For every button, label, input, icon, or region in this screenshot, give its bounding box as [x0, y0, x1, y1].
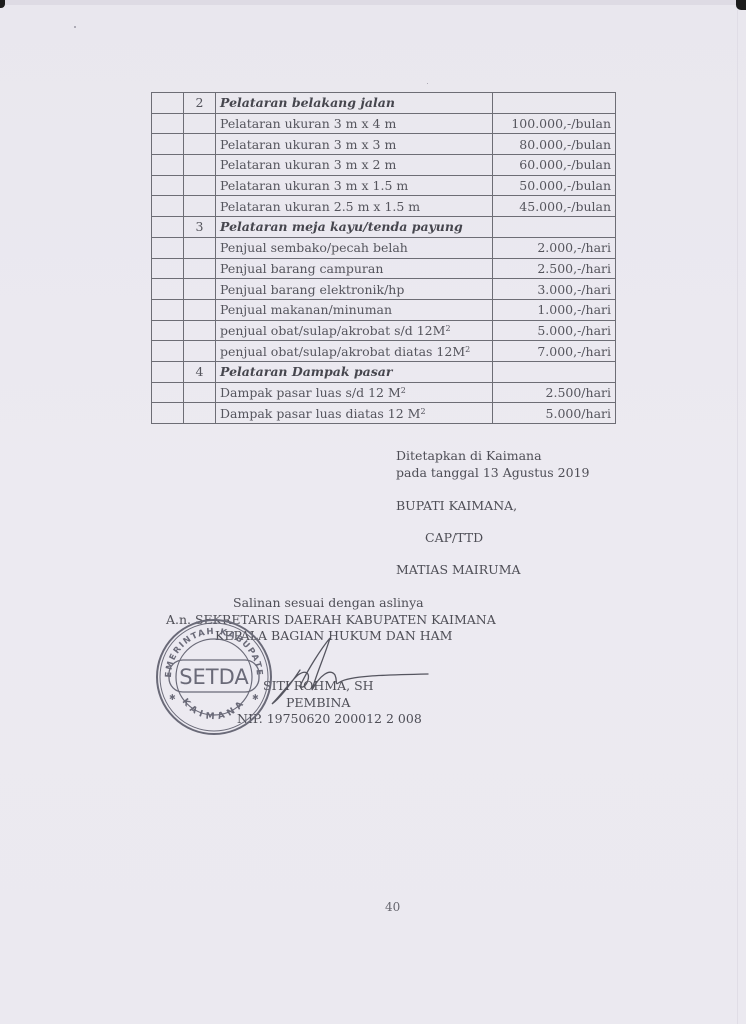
label-text: Penjual makanan/minuman: [220, 302, 392, 317]
label-text: Pelataran Dampak pasar: [220, 364, 392, 379]
label-text: penjual obat/sulap/akrobat diatas 12M: [220, 344, 465, 359]
row-number: [184, 134, 216, 155]
blank-cell: [152, 258, 184, 279]
blank-cell: [152, 403, 184, 424]
tariff-value: 5.000,-/hari: [493, 320, 616, 341]
label-text: Dampak pasar luas diatas 12 M: [220, 406, 420, 421]
blank-cell: [152, 134, 184, 155]
label-text: Penjual barang elektronik/hp: [220, 282, 404, 297]
item-label: Dampak pasar luas diatas 12 M2: [216, 403, 493, 424]
certified-copy-heading: Salinan sesuai dengan aslinya: [233, 595, 424, 610]
label-text: Pelataran ukuran 3 m x 2 m: [220, 157, 396, 172]
blank-cell: [152, 196, 184, 217]
table-row: Pelataran ukuran 3 m x 2 m60.000,-/bulan: [152, 155, 616, 176]
tariff-value: 2.500/hari: [493, 382, 616, 403]
table-section-row: 3Pelataran meja kayu/tenda payung: [152, 217, 616, 238]
superscript: 2: [401, 386, 406, 395]
table-row: Penjual sembako/pecah belah2.000,-/hari: [152, 237, 616, 258]
table-row: Penjual barang elektronik/hp3.000,-/hari: [152, 279, 616, 300]
scan-speck: [427, 83, 428, 84]
item-label: Dampak pasar luas s/d 12 M2: [216, 382, 493, 403]
label-text: Pelataran ukuran 3 m x 1.5 m: [220, 178, 408, 193]
row-number: [184, 279, 216, 300]
blank-cell: [152, 320, 184, 341]
row-number: [184, 113, 216, 134]
item-label: Penjual barang elektronik/hp: [216, 279, 493, 300]
row-number: [184, 341, 216, 362]
superscript: 2: [465, 345, 470, 354]
row-number: [184, 196, 216, 217]
tariff-value: 60.000,-/bulan: [493, 155, 616, 176]
svg-text:SETDA: SETDA: [179, 665, 249, 689]
label-text: Dampak pasar luas s/d 12 M: [220, 385, 401, 400]
svg-text:KAIMANA: KAIMANA: [180, 697, 249, 722]
row-number: 2: [184, 93, 216, 114]
label-text: Penjual barang campuran: [220, 261, 383, 276]
tariff-value: 45.000,-/bulan: [493, 196, 616, 217]
blank-cell: [152, 361, 184, 382]
signature-title: BUPATI KAIMANA,: [396, 498, 517, 513]
blank-cell: [152, 113, 184, 134]
tariff-value: 3.000,-/hari: [493, 279, 616, 300]
tariff-value: [493, 361, 616, 382]
item-label: Pelataran ukuran 3 m x 3 m: [216, 134, 493, 155]
table-section-row: 4Pelataran Dampak pasar: [152, 361, 616, 382]
signature-date: pada tanggal 13 Agustus 2019: [396, 465, 589, 480]
tariff-value: [493, 217, 616, 238]
row-number: 3: [184, 217, 216, 238]
label-text: Pelataran ukuran 3 m x 3 m: [220, 137, 396, 152]
table-row: penjual obat/sulap/akrobat diatas 12M27.…: [152, 341, 616, 362]
superscript: 2: [445, 324, 450, 333]
scan-corner: [0, 0, 5, 8]
item-label: penjual obat/sulap/akrobat s/d 12M2: [216, 320, 493, 341]
official-stamp: PEMERINTAH KABUPATEN KAIMANA SETDA ✱ ✱: [155, 618, 273, 736]
blank-cell: [152, 237, 184, 258]
item-label: Pelataran ukuran 3 m x 4 m: [216, 113, 493, 134]
row-number: [184, 237, 216, 258]
table-section-row: 2Pelataran belakang jalan: [152, 93, 616, 114]
blank-cell: [152, 279, 184, 300]
blank-cell: [152, 382, 184, 403]
label-text: Pelataran ukuran 3 m x 4 m: [220, 116, 396, 131]
handwritten-signature: [250, 630, 440, 710]
label-text: penjual obat/sulap/akrobat s/d 12M: [220, 323, 445, 338]
row-number: [184, 320, 216, 341]
blank-cell: [152, 341, 184, 362]
item-label: Pelataran ukuran 3 m x 1.5 m: [216, 175, 493, 196]
table-row: Dampak pasar luas s/d 12 M22.500/hari: [152, 382, 616, 403]
row-number: [184, 403, 216, 424]
item-label: Penjual barang campuran: [216, 258, 493, 279]
tariff-value: [493, 93, 616, 114]
tariff-value: 2.500,-/hari: [493, 258, 616, 279]
svg-text:✱: ✱: [252, 693, 259, 702]
table-row: Pelataran ukuran 2.5 m x 1.5 m45.000,-/b…: [152, 196, 616, 217]
tariff-value: 7.000,-/hari: [493, 341, 616, 362]
blank-cell: [152, 93, 184, 114]
row-number: [184, 382, 216, 403]
table-row: Pelataran ukuran 3 m x 1.5 m50.000,-/bul…: [152, 175, 616, 196]
label-text: Pelataran meja kayu/tenda payung: [220, 219, 463, 234]
signature-place: Ditetapkan di Kaimana: [396, 448, 542, 463]
table-row: Penjual barang campuran2.500,-/hari: [152, 258, 616, 279]
scan-edge: [0, 0, 746, 5]
row-number: [184, 299, 216, 320]
label-text: Pelataran belakang jalan: [220, 95, 395, 110]
scan-edge: [737, 10, 738, 1024]
item-label: Pelataran ukuran 2.5 m x 1.5 m: [216, 196, 493, 217]
table-row: Pelataran ukuran 3 m x 4 m100.000,-/bula…: [152, 113, 616, 134]
blank-cell: [152, 299, 184, 320]
row-number: [184, 155, 216, 176]
table-row: Dampak pasar luas diatas 12 M25.000/hari: [152, 403, 616, 424]
superscript: 2: [420, 407, 425, 416]
signature-name: MATIAS MAIRUMA: [396, 562, 521, 577]
label-text: Penjual sembako/pecah belah: [220, 240, 408, 255]
signature-stamp-note: CAP/TTD: [425, 530, 483, 545]
row-number: [184, 258, 216, 279]
tariff-value: 100.000,-/bulan: [493, 113, 616, 134]
table-row: Penjual makanan/minuman1.000,-/hari: [152, 299, 616, 320]
row-number: 4: [184, 361, 216, 382]
document-page: 2Pelataran belakang jalanPelataran ukura…: [0, 0, 746, 1024]
tariff-value: 80.000,-/bulan: [493, 134, 616, 155]
section-title: Pelataran meja kayu/tenda payung: [216, 217, 493, 238]
item-label: penjual obat/sulap/akrobat diatas 12M2: [216, 341, 493, 362]
tariff-value: 5.000/hari: [493, 403, 616, 424]
table-row: Pelataran ukuran 3 m x 3 m80.000,-/bulan: [152, 134, 616, 155]
blank-cell: [152, 155, 184, 176]
svg-text:✱: ✱: [169, 693, 176, 702]
page-number: 40: [385, 900, 400, 914]
item-label: Penjual sembako/pecah belah: [216, 237, 493, 258]
tariff-value: 50.000,-/bulan: [493, 175, 616, 196]
section-title: Pelataran belakang jalan: [216, 93, 493, 114]
blank-cell: [152, 175, 184, 196]
blank-cell: [152, 217, 184, 238]
tariff-value: 2.000,-/hari: [493, 237, 616, 258]
row-number: [184, 175, 216, 196]
tariff-value: 1.000,-/hari: [493, 299, 616, 320]
item-label: Penjual makanan/minuman: [216, 299, 493, 320]
item-label: Pelataran ukuran 3 m x 2 m: [216, 155, 493, 176]
section-title: Pelataran Dampak pasar: [216, 361, 493, 382]
scan-corner: [736, 0, 746, 10]
table-row: penjual obat/sulap/akrobat s/d 12M25.000…: [152, 320, 616, 341]
scan-speck: [74, 26, 76, 28]
tariff-table: 2Pelataran belakang jalanPelataran ukura…: [151, 92, 616, 424]
label-text: Pelataran ukuran 2.5 m x 1.5 m: [220, 199, 420, 214]
